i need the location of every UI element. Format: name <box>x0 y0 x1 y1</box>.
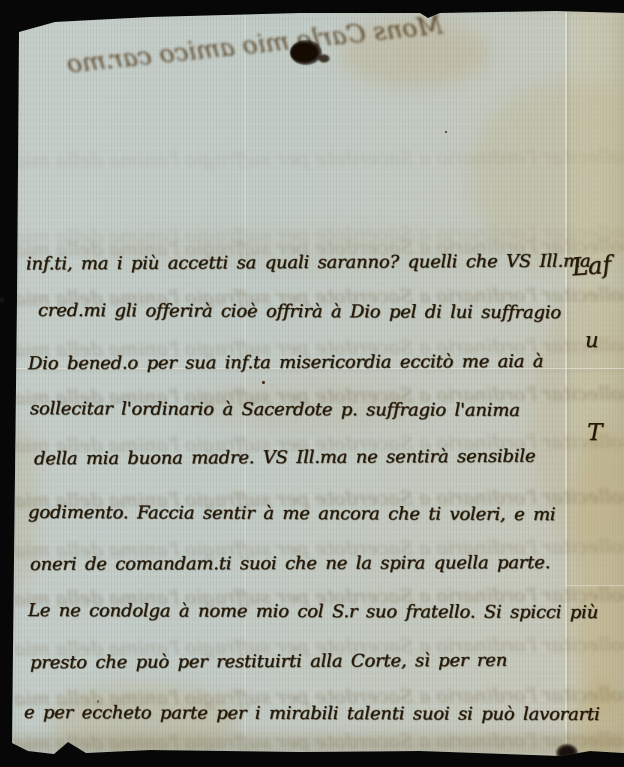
ink-spot <box>556 744 578 762</box>
handwriting-line-7: oneri de comandam.ti suoi che ne la spir… <box>30 552 550 575</box>
ink-speck <box>262 381 265 384</box>
showthrough-line: sollecitar l'ordinario a Sacerdote per s… <box>0 146 624 174</box>
handwriting-line-6: godimento. Faccia sentir à me ancora che… <box>28 502 556 525</box>
handwriting-line-9: presto che può per restituirti alla Cort… <box>30 650 507 673</box>
handwriting-line-10: e per eccheto parte per i mirabili talen… <box>24 702 600 725</box>
showthrough-header-text: Mons Carlo mio amico car.mo <box>66 10 445 78</box>
handwriting-line-8: Le ne condolga à nome mio col S.r suo fr… <box>28 600 598 623</box>
handwriting-line-1: inf.ti, ma i più accetti sa quali sarann… <box>26 251 591 275</box>
showthrough-header: Mons Carlo mio amico car.mo <box>66 10 445 78</box>
ink-blot <box>290 40 322 65</box>
manuscript-page: sollecitar l'ordinario a Sacerdote per s… <box>0 0 624 767</box>
handwriting-line-3: Dio bened.o per sua inf.ta misericordia … <box>28 351 543 374</box>
ink-blot-tail <box>318 54 330 63</box>
adjacent-page-fragment-2: u <box>585 328 599 352</box>
faint-vertical-crease <box>244 14 246 744</box>
paper-stain <box>572 420 624 720</box>
handwriting-line-2: cred.mi gli offerirà cioè offrirà à Dio … <box>38 300 561 323</box>
adjacent-page-fragment-1: Laf <box>571 251 612 282</box>
manuscript-scan: sollecitar l'ordinario a Sacerdote per s… <box>0 0 624 767</box>
handwriting-line-5: della mia buona madre. VS Ill.ma ne sent… <box>34 446 536 470</box>
ink-speck <box>445 131 447 133</box>
showthrough-line: sollecitar l'ordinario a Sacerdote per s… <box>0 729 624 757</box>
handwriting-line-4: sollecitar l'ordinario à Sacerdote p. su… <box>30 398 520 421</box>
adjacent-page-fragment-3: T <box>587 420 602 446</box>
